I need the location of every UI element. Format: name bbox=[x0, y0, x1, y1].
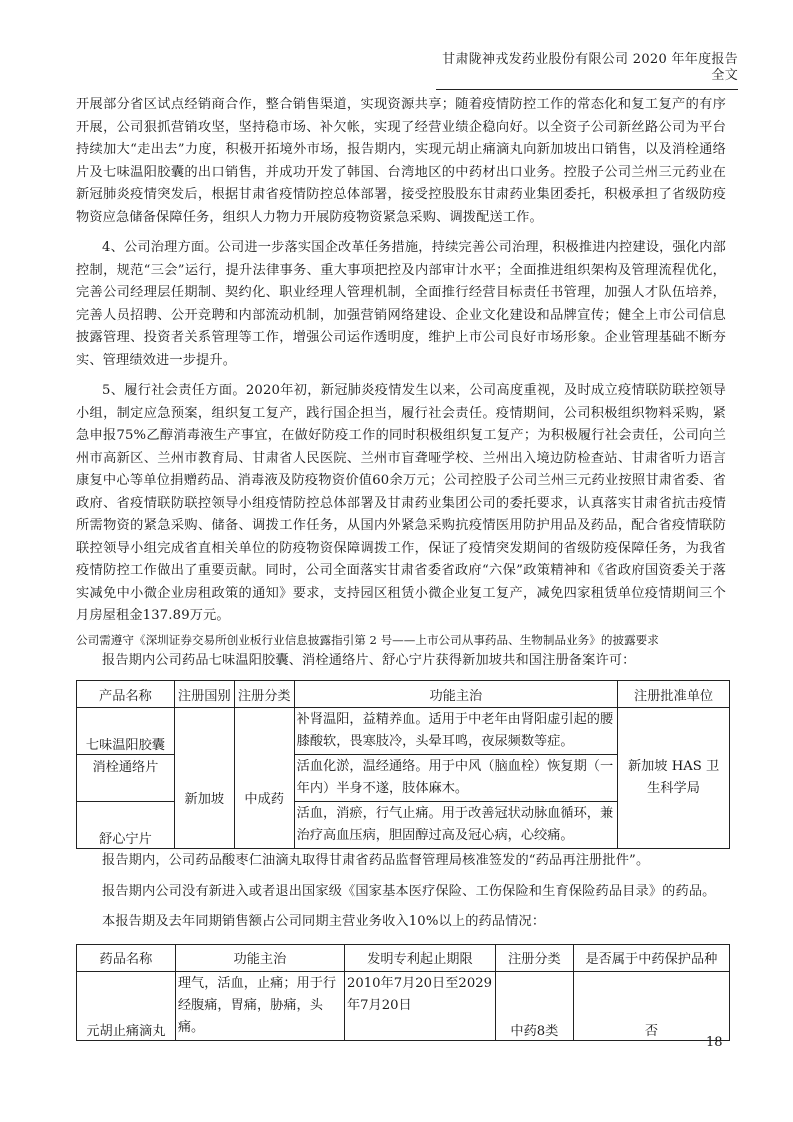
product-name-cell: 消栓通络片 bbox=[77, 755, 175, 802]
table-row: 元胡止痛滴丸 理气，活血，止痛；用于行经腹痛，胃痛，胁痛，头痛。 2010年7月… bbox=[77, 971, 730, 1040]
column-header: 发明专利起止期限 bbox=[344, 944, 495, 971]
approval-authority-cell: 新加坡 HAS 卫生科学局 bbox=[618, 708, 730, 849]
column-header: 注册分类 bbox=[234, 681, 294, 708]
paragraph-governance: 4、公司治理方面。公司进一步落实国企改革任务措施，持续完善公司治理，积极推进内控… bbox=[76, 237, 726, 372]
paragraph-insurance-catalog: 报告期内公司没有新进入或者退出国家级《国家基本医疗保险、工伤保险和生育保险药品目… bbox=[76, 881, 726, 904]
table-header-row: 药品名称 功能主治 发明专利起止期限 注册分类 是否属于中药保护品种 bbox=[77, 944, 730, 971]
paragraph-singapore-registration: 报告期内公司药品七味温阳胶囊、消栓通络片、舒心宁片获得新加坡共和国注册备案许可： bbox=[76, 650, 726, 673]
paragraph-sales: 开展部分省区试点经销商合作，整合销售渠道，实现资源共享；随着疫情防控工作的常态化… bbox=[76, 94, 726, 229]
column-header: 功能主治 bbox=[175, 944, 344, 971]
registration-category-cell: 中成药 bbox=[234, 708, 294, 849]
column-header: 注册国别 bbox=[174, 681, 234, 708]
table-row: 七味温阳胶囊 新加坡 中成药 补肾温阳，益精养血。适用于中老年由肾阳虚引起的腰膝… bbox=[77, 708, 730, 755]
column-header: 注册分类 bbox=[495, 944, 573, 971]
singapore-registration-table: 产品名称 注册国别 注册分类 功能主治 注册批准单位 七味温阳胶囊 新加坡 中成… bbox=[76, 680, 730, 849]
major-drugs-table: 药品名称 功能主治 发明专利起止期限 注册分类 是否属于中药保护品种 元胡止痛滴… bbox=[76, 944, 730, 1041]
patent-period-cell: 2010年7月20日至2029年7月20日 bbox=[344, 971, 495, 1040]
paragraph-reregistration: 报告期内，公司药品酸枣仁油滴丸取得甘肃省药品监督管理局核准签发的“药品再注册批件… bbox=[76, 850, 726, 873]
product-name-cell: 舒心宁片 bbox=[77, 802, 175, 849]
paragraph-social-responsibility: 5、履行社会责任方面。2020年初，新冠肺炎疫情发生以来，公司高度重视，及时成立… bbox=[76, 380, 726, 628]
page-header: 甘肃陇神戎发药业股份有限公司 2020 年年度报告全文 bbox=[436, 52, 738, 90]
paragraph-major-drugs: 本报告期及去年同期销售额占公司同期主营业务收入10%以上的药品情况： bbox=[76, 911, 726, 934]
product-name-cell: 七味温阳胶囊 bbox=[77, 708, 175, 755]
function-cell: 理气，活血，止痛；用于行经腹痛，胃痛，胁痛，头痛。 bbox=[175, 971, 344, 1040]
column-header: 是否属于中药保护品种 bbox=[573, 944, 729, 971]
column-header: 药品名称 bbox=[77, 944, 176, 971]
protected-variety-cell: 否 bbox=[573, 971, 729, 1040]
function-cell: 活血，消瘀，行气止痛。用于改善冠状动脉血循环，兼治疗高血压病，胆固醇过高及冠心病… bbox=[294, 802, 617, 849]
page-number: 18 bbox=[706, 1035, 723, 1050]
registration-country-cell: 新加坡 bbox=[174, 708, 234, 849]
table-header-row: 产品名称 注册国别 注册分类 功能主治 注册批准单位 bbox=[77, 681, 730, 708]
column-header: 注册批准单位 bbox=[618, 681, 730, 708]
category-cell: 中药8类 bbox=[495, 971, 573, 1040]
drug-name-cell: 元胡止痛滴丸 bbox=[77, 971, 176, 1040]
column-header: 功能主治 bbox=[294, 681, 617, 708]
column-header: 产品名称 bbox=[77, 681, 175, 708]
disclosure-note: 公司需遵守《深圳证券交易所创业板行业信息披露指引第 2 号——上市公司从事药品、… bbox=[76, 630, 726, 650]
document-body: 开展部分省区试点经销商合作，整合销售渠道，实现资源共享；随着疫情防控工作的常态化… bbox=[76, 94, 726, 1041]
function-cell: 活血化淤，温经通络。用于中风（脑血栓）恢复期（一年内）半身不遂，肢体麻木。 bbox=[294, 755, 617, 802]
function-cell: 补肾温阳，益精养血。适用于中老年由肾阳虚引起的腰膝酸软，畏寒肢冷，头晕耳鸣，夜尿… bbox=[294, 708, 617, 755]
